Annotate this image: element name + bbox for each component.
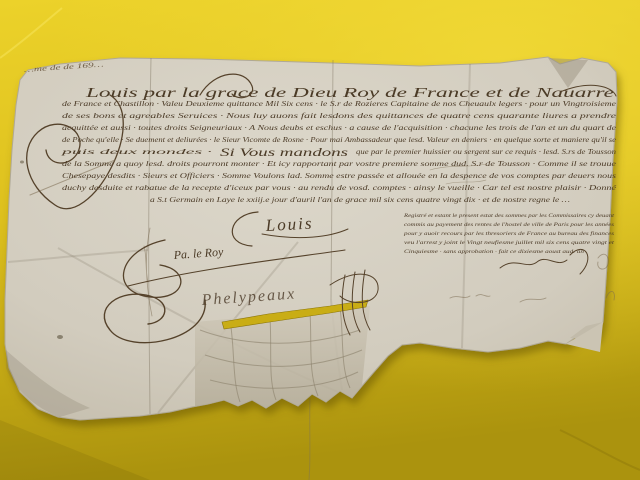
- date-line: a S.t Germain en Laye le xxiij.e jour d'…: [150, 196, 570, 204]
- body-line: de la Somme a quoy lesd. droits pourront…: [62, 160, 616, 168]
- document-heading: Louis par la grace de Dieu Roy de France…: [84, 85, 614, 100]
- body-line: de France et Chastillon · Valeu Deuxieme…: [62, 100, 616, 108]
- photo-of-manuscript: …me de de 169… Louis par la grace de Die…: [0, 0, 640, 480]
- body-line: Chesepaye desdits · Sieurs et Officiers …: [62, 172, 616, 180]
- registration-line: pour y auoir recours par les thresoriers…: [403, 230, 614, 237]
- parchment-speck: [57, 335, 63, 339]
- body-line: de Poche qu'elle · Se duement et deliuré…: [62, 136, 616, 144]
- parchment-speck: [20, 161, 24, 164]
- body-line: de ses bons et agreables Seruices · Nous…: [62, 112, 616, 120]
- mandate-pre: puis deux mondes ·: [59, 148, 212, 156]
- registration-line: Cinquiesme · sans approbation · fait ce …: [404, 248, 584, 255]
- registration-line: commis au payement des rentes de l'hoste…: [404, 222, 614, 228]
- mandate-post: que par le premier huissier ou sergent s…: [356, 148, 617, 156]
- registration-line: Registré et estant le present estat des …: [403, 213, 615, 219]
- mandate-emphasis: Si Vous mandons: [220, 145, 349, 159]
- royal-signature: Louis: [264, 214, 314, 236]
- scene: …me de de 169… Louis par la grace de Die…: [0, 0, 640, 480]
- body-line: acquittée et aussi · toutes droits Seign…: [62, 124, 616, 132]
- registration-line: veu l'arrest y joint le Vingt neufiesme …: [404, 239, 615, 246]
- body-line: duchy desduite et rabatue de la recepte …: [62, 184, 617, 192]
